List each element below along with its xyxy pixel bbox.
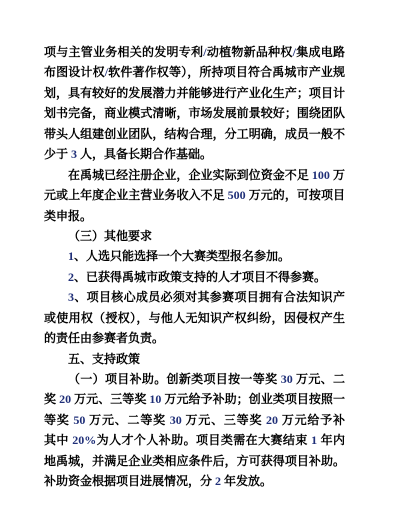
text-run: 软件著作权等），所持项目符合禹城市产业规 [108, 65, 345, 79]
text-run: 奖 [44, 392, 56, 406]
text-run: 集成电路 [296, 45, 345, 59]
latin-number-text: 30 [166, 413, 186, 427]
text-line: 1、人选只能选择一个大赛类型报名参加。 [44, 246, 345, 266]
text-run: 或使用权（授权），与他人无知识产权纠纷，因侵权产生 [44, 311, 345, 325]
text-run: 地禹城，并满足企业类相应条件后，方可获得项目补助。 [44, 454, 345, 468]
text-run: 带头人组建创业团队，结构合理，分工明确，成员一般不 [44, 127, 345, 141]
text-line: （三）其他要求 [44, 226, 345, 246]
text-line: 带头人组建创业团队，结构合理，分工明确，成员一般不 [44, 124, 345, 144]
text-run: （一）项目补助。创新类项目按一等奖 [68, 372, 277, 386]
document-body-text: 项与主管业务相关的发明专利/动植物新品种权/集成电路布图设计权/软件著作权等），… [44, 42, 345, 492]
latin-number-text: 20 [262, 413, 282, 427]
text-run: 布图设计权 [44, 65, 105, 79]
text-run: 、人选只能选择一个大赛类型报名参加。 [74, 249, 290, 263]
text-run: 等奖 [44, 413, 70, 427]
text-run: 少于 [44, 147, 68, 161]
text-line: 其中 20%为人才个人补助。项目类需在大赛结束 1 年内落 [44, 430, 345, 450]
text-line: 或使用权（授权），与他人无知识产权纠纷，因侵权产生 [44, 308, 345, 328]
text-run: 万元、三等奖 [186, 413, 263, 427]
document-page: 项与主管业务相关的发明专利/动植物新品种权/集成电路布图设计权/软件著作权等），… [0, 0, 404, 512]
latin-number-text: 2 [212, 474, 224, 488]
text-run: 万元的，可按项目 [249, 188, 345, 202]
text-run: 元或上年度企业主营业务收入不足 [44, 188, 225, 202]
text-line: 五、支持政策 [44, 349, 345, 369]
text-line: 类申报。 [44, 206, 345, 226]
text-line: 划书完备，商业模式清晰，市场发展前景较好；围绕团队 [44, 103, 345, 123]
text-line: 2、已获得禹城市政策支持的人才项目不得参赛。 [44, 267, 345, 287]
text-run: 项与主管业务相关的发明专利 [44, 45, 203, 59]
text-line: 项与主管业务相关的发明专利/动植物新品种权/集成电路 [44, 42, 345, 62]
text-run: 的责任由参赛者负责。 [44, 331, 164, 345]
latin-number-text: 3 [68, 147, 80, 161]
text-run: 万元给予补助；创业类项目按照一 [164, 392, 345, 406]
latin-number-text: 20% [69, 433, 96, 447]
text-line: （一）项目补助。创新类项目按一等奖 30 万元、二等 [44, 369, 345, 389]
text-run: 万元、二等奖 [89, 413, 166, 427]
latin-number-text: 100 [309, 168, 333, 182]
latin-number-text: 1 [308, 433, 321, 447]
text-run: 划，具有较好的发展潜力并能够进行产业化生产；项目计 [44, 86, 345, 100]
text-run: 补助资金根据项目进展情况，分 [44, 474, 212, 488]
latin-number-text: 30 [277, 372, 296, 386]
text-run: 人，具备长期合作基础。 [80, 147, 212, 161]
text-line: 补助资金根据项目进展情况，分 2 年发放。 [44, 471, 345, 491]
text-line: 的责任由参赛者负责。 [44, 328, 345, 348]
latin-number-text: 50 [70, 413, 90, 427]
text-run: 动植物新品种权 [207, 45, 293, 59]
text-run: 、项目核心成员必须对其参赛项目拥有合法知识产权 [68, 290, 345, 307]
latin-number-text: 10 [146, 392, 164, 406]
text-run: 在禹城已经注册企业，企业实际到位资金不足 [68, 168, 309, 182]
text-line: 地禹城，并满足企业类相应条件后，方可获得项目补助。 [44, 451, 345, 471]
latin-number-text: 500 [225, 188, 249, 202]
text-line: 划，具有较好的发展潜力并能够进行产业化生产；项目计 [44, 83, 345, 103]
text-run: （三）其他要求 [68, 229, 152, 243]
text-line: 少于 3 人，具备长期合作基础。 [44, 144, 345, 164]
text-run: 其中 [44, 433, 69, 447]
text-run: 划书完备，商业模式清晰，市场发展前景较好；围绕团队 [44, 106, 345, 120]
text-run: 万 [333, 168, 345, 182]
text-run: 类申报。 [44, 209, 92, 223]
text-line: 奖 20 万元、三等奖 10 万元给予补助；创业类项目按照一 [44, 389, 345, 409]
text-run: 年发放。 [224, 474, 272, 488]
text-line: 元或上年度企业主营业务收入不足 500 万元的，可按项目 [44, 185, 345, 205]
text-run: 五、支持政策 [68, 352, 140, 366]
text-run: 万元、三等奖 [74, 392, 146, 406]
text-run: 、已获得禹城市政策支持的人才项目不得参赛。 [74, 270, 326, 284]
text-run: 为人才个人补助。项目类需在大赛结束 [96, 433, 307, 447]
text-line: 等奖 50 万元、二等奖 30 万元、三等奖 20 万元给予补助， [44, 410, 345, 430]
text-line: 3、项目核心成员必须对其参赛项目拥有合法知识产权 [44, 287, 345, 307]
latin-number-text: 20 [56, 392, 74, 406]
text-line: 在禹城已经注册企业，企业实际到位资金不足 100 万 [44, 165, 345, 185]
text-line: 布图设计权/软件著作权等），所持项目符合禹城市产业规 [44, 62, 345, 82]
